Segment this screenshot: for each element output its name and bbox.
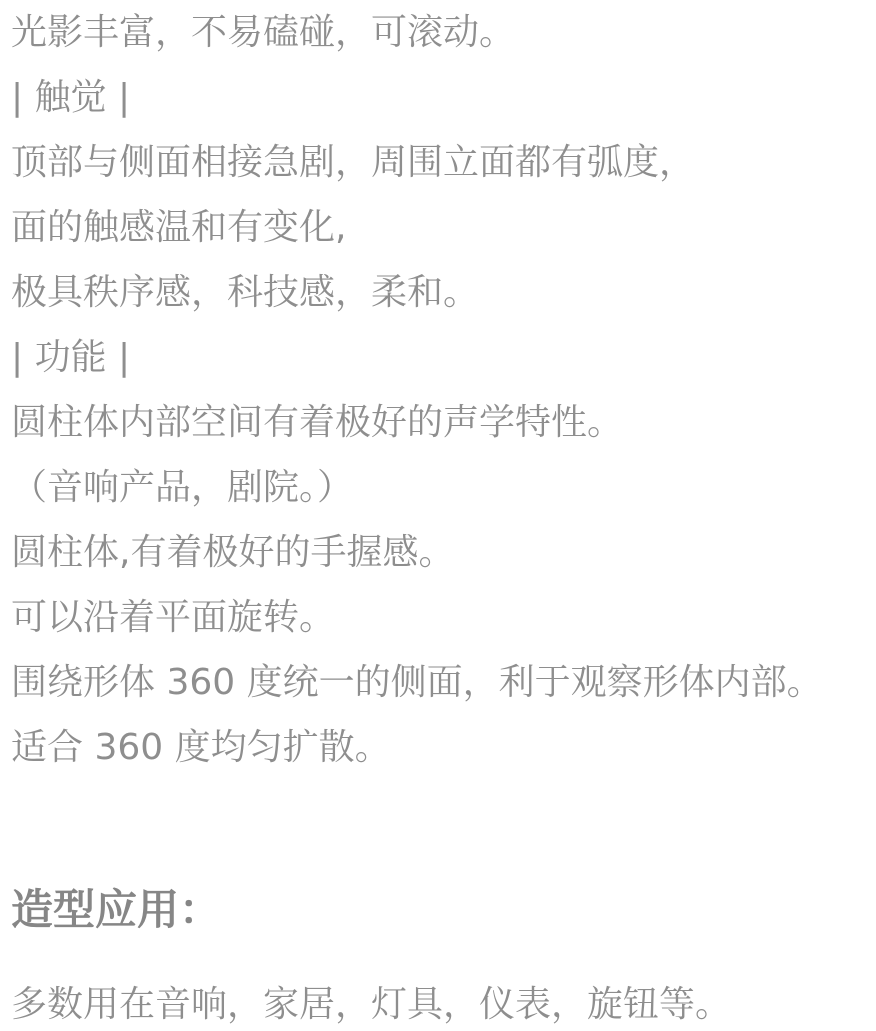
paragraph-rotate: 可以沿着平面旋转。 bbox=[11, 585, 864, 650]
paragraph-touch-label: | 触觉 | bbox=[11, 65, 864, 130]
article-body: 光影丰富，不易磕碰，可滚动。 | 触觉 | 顶部与侧面相接急剧，周围立面都有弧度… bbox=[0, 0, 876, 1031]
paragraph-360-diffuse: 适合 360 度均匀扩散。 bbox=[11, 715, 864, 780]
paragraph-acoustics: 圆柱体内部空间有着极好的声学特性。 bbox=[11, 390, 864, 455]
paragraph-order-sense: 极具秩序感，科技感，柔和。 bbox=[11, 260, 864, 325]
paragraph-grip: 圆柱体,有着极好的手握感。 bbox=[11, 520, 864, 585]
paragraph-top-side: 顶部与侧面相接急剧，周围立面都有弧度， bbox=[11, 130, 864, 195]
paragraph-audio-theater: （音响产品，剧院。） bbox=[11, 455, 864, 520]
closing-paragraph: 多数用在音响，家居，灯具，仪表，旋钮等。 bbox=[11, 972, 864, 1031]
paragraph-surface-feel: 面的触感温和有变化, bbox=[11, 195, 864, 260]
section-heading-application: 造型应用： bbox=[11, 880, 864, 940]
paragraph-360-side: 围绕形体 360 度统一的侧面，利于观察形体内部。 bbox=[11, 650, 864, 715]
paragraph-function-label: | 功能 | bbox=[11, 325, 864, 390]
paragraph-light-shadow: 光影丰富，不易磕碰，可滚动。 bbox=[11, 0, 864, 65]
